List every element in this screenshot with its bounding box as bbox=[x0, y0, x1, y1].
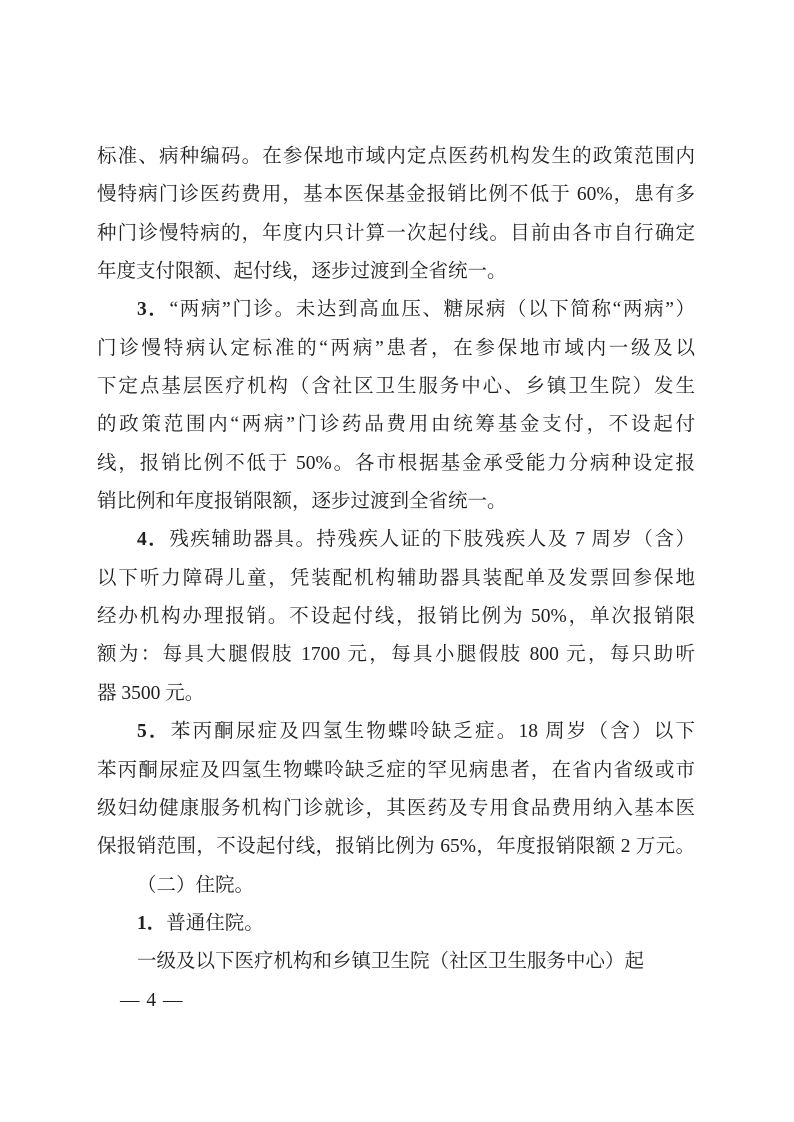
body-text-line: 级妇幼健康服务机构门诊就诊，其医药及专用食品费用纳入基本医 bbox=[97, 790, 695, 828]
line-text: 的政策范围内“两病”门诊药品费用由统筹基金支付，不设起付 bbox=[97, 414, 695, 435]
numbered-paragraph-line: 4．残疾辅助器具。持残疾人证的下肢残疾人及 7 周岁（含） bbox=[97, 521, 695, 559]
line-text: 保报销范围，不设起付线，报销比例为 65%，年度报销限额 2 万元。 bbox=[97, 836, 695, 857]
line-text: 线，报销比例不低于 50%。各市根据基金承受能力分病种设定报 bbox=[97, 453, 695, 474]
line-text: 以下听力障碍儿童，凭装配机构辅助器具装配单及发票回参保地 bbox=[97, 568, 695, 589]
list-number: 5． bbox=[137, 721, 171, 742]
line-text: 器 3500 元。 bbox=[97, 683, 204, 704]
numbered-paragraph-line: 3．“两病”门诊。未达到高血压、糖尿病（以下简称“两病”） bbox=[97, 291, 695, 329]
list-number: 3． bbox=[137, 299, 170, 320]
line-text: 苯丙酮尿症及四氢生物蝶呤缺乏症的罕见病患者，在省内省级或市 bbox=[97, 760, 695, 781]
body-text-line: 的政策范围内“两病”门诊药品费用由统筹基金支付，不设起付 bbox=[97, 406, 695, 444]
body-text-line: 保报销范围，不设起付线，报销比例为 65%，年度报销限额 2 万元。 bbox=[97, 828, 695, 866]
numbered-paragraph-line: 1．普通住院。 bbox=[97, 905, 695, 943]
line-text: “两病”门诊。未达到高血压、糖尿病（以下简称“两病”） bbox=[170, 299, 695, 320]
line-text: 普通住院。 bbox=[166, 913, 264, 934]
body-text-line: 以下听力障碍儿童，凭装配机构辅助器具装配单及发票回参保地 bbox=[97, 560, 695, 598]
list-number: 4． bbox=[137, 529, 169, 550]
numbered-paragraph-line: 5．苯丙酮尿症及四氢生物蝶呤缺乏症。18 周岁（含）以下 bbox=[97, 713, 695, 751]
line-text: 额为：每具大腿假肢 1700 元，每具小腿假肢 800 元，每只助听 bbox=[97, 644, 695, 665]
line-text: 销比例和年度报销限额，逐步过渡到全省统一。 bbox=[97, 491, 507, 512]
line-text: 门诊慢特病认定标准的“两病”患者，在参保地市域内一级及以 bbox=[97, 338, 695, 359]
document-page: 标准、病种编码。在参保地市域内定点医药机构发生的政策范围内慢特病门诊医药费用，基… bbox=[0, 0, 794, 1122]
line-text: 残疾辅助器具。持残疾人证的下肢残疾人及 7 周岁（含） bbox=[169, 529, 695, 550]
body-text-line: 销比例和年度报销限额，逐步过渡到全省统一。 bbox=[97, 483, 695, 521]
subsection-heading: （二）住院。 bbox=[97, 867, 695, 905]
line-text: 种门诊慢特病的，年度内只计算一次起付线。目前由各市自行确定 bbox=[97, 223, 695, 244]
body-text-line: 线，报销比例不低于 50%。各市根据基金承受能力分病种设定报 bbox=[97, 445, 695, 483]
line-text: 年度支付限额、起付线，逐步过渡到全省统一。 bbox=[97, 261, 507, 282]
body-text-line: 下定点基层医疗机构（含社区卫生服务中心、乡镇卫生院）发生 bbox=[97, 368, 695, 406]
body-text-line: 年度支付限额、起付线，逐步过渡到全省统一。 bbox=[97, 253, 695, 291]
document-body: 标准、病种编码。在参保地市域内定点医药机构发生的政策范围内慢特病门诊医药费用，基… bbox=[97, 138, 695, 982]
body-text-line: 慢特病门诊医药费用，基本医保基金报销比例不低于 60%，患有多 bbox=[97, 176, 695, 214]
body-text-line: 经办机构办理报销。不设起付线，报销比例为 50%，单次报销限 bbox=[97, 598, 695, 636]
body-text-line: 标准、病种编码。在参保地市域内定点医药机构发生的政策范围内 bbox=[97, 138, 695, 176]
body-text-line: 种门诊慢特病的，年度内只计算一次起付线。目前由各市自行确定 bbox=[97, 215, 695, 253]
line-text: 苯丙酮尿症及四氢生物蝶呤缺乏症。18 周岁（含）以下 bbox=[171, 721, 695, 742]
list-number: 1． bbox=[137, 913, 166, 934]
line-text: 慢特病门诊医药费用，基本医保基金报销比例不低于 60%，患有多 bbox=[97, 184, 695, 205]
line-text: 标准、病种编码。在参保地市域内定点医药机构发生的政策范围内 bbox=[97, 146, 695, 167]
page-number: — 4 — bbox=[120, 982, 184, 1020]
body-text-line: 额为：每具大腿假肢 1700 元，每具小腿假肢 800 元，每只助听 bbox=[97, 636, 695, 674]
line-text: （二）住院。 bbox=[137, 875, 254, 896]
line-text: 级妇幼健康服务机构门诊就诊，其医药及专用食品费用纳入基本医 bbox=[97, 798, 695, 819]
line-text: 经办机构办理报销。不设起付线，报销比例为 50%，单次报销限 bbox=[97, 606, 695, 627]
body-text-line: 苯丙酮尿症及四氢生物蝶呤缺乏症的罕见病患者，在省内省级或市 bbox=[97, 752, 695, 790]
body-text-line: 门诊慢特病认定标准的“两病”患者，在参保地市域内一级及以 bbox=[97, 330, 695, 368]
body-text-line: 一级及以下医疗机构和乡镇卫生院（社区卫生服务中心）起 bbox=[97, 943, 695, 981]
line-text: 下定点基层医疗机构（含社区卫生服务中心、乡镇卫生院）发生 bbox=[97, 376, 695, 397]
body-text-line: 器 3500 元。 bbox=[97, 675, 695, 713]
line-text: 一级及以下医疗机构和乡镇卫生院（社区卫生服务中心）起 bbox=[137, 951, 644, 972]
